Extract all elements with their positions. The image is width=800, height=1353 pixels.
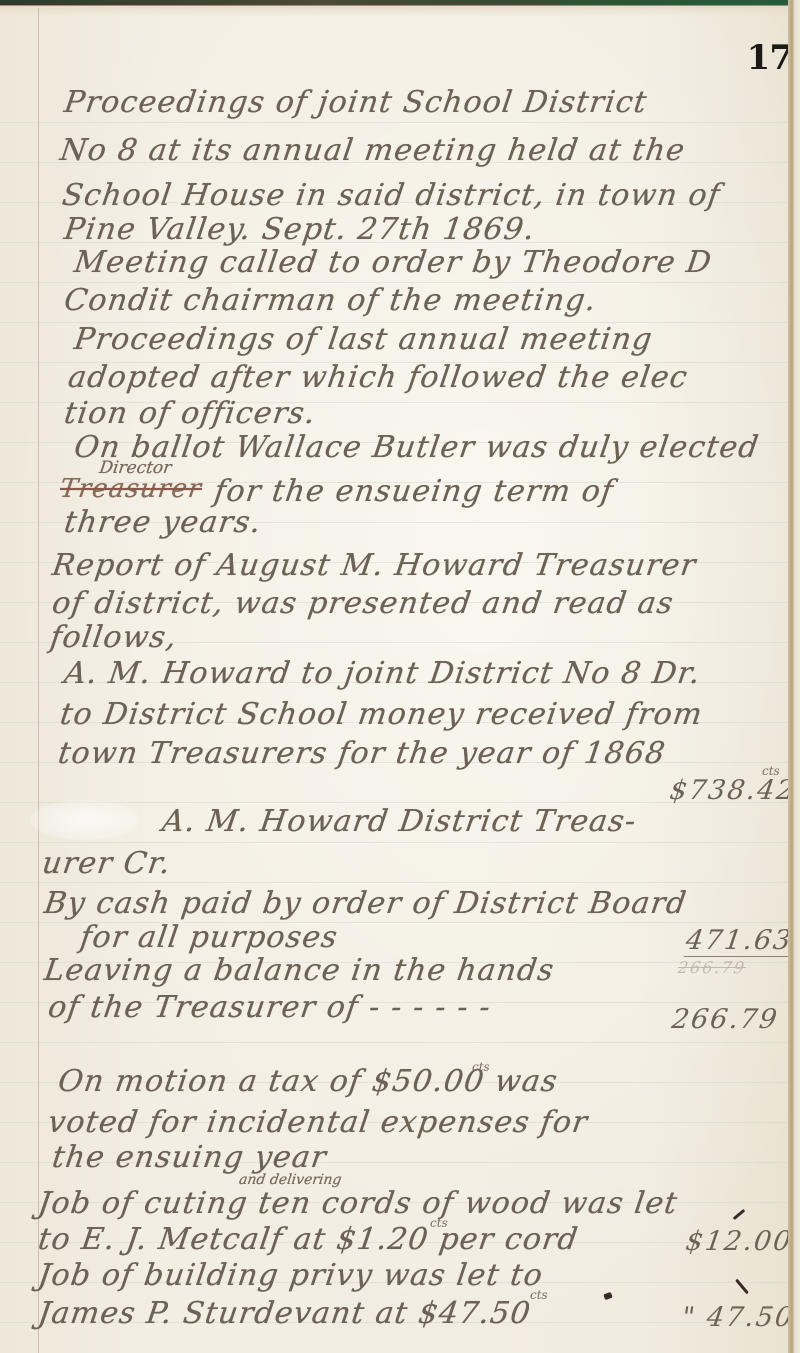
- text-line: Job of cuting ten cords of wood was let: [36, 1186, 680, 1221]
- text-line: A. M. Howard District Treas-: [160, 804, 639, 839]
- text-line: On ballot Wallace Butler was duly electe…: [72, 430, 761, 465]
- text-line: Report of August M. Howard Treasurer: [50, 548, 699, 583]
- text-line: tion of officers.: [62, 396, 318, 431]
- text-line: urer Cr.: [40, 846, 173, 881]
- text-line: for all purposes: [78, 920, 340, 955]
- page-top-shadow: [0, 6, 800, 16]
- text-line: Meeting called to order by Theodore D: [72, 245, 714, 280]
- amount-privy-total: " 47.50: [680, 1302, 797, 1333]
- page-binding-edge: [788, 0, 800, 1353]
- text-line: to E. J. Metcalf at $1.20 per cord: [36, 1222, 581, 1257]
- text-line: to District School money received from: [58, 697, 705, 732]
- text-line: Condit chairman of the meeting.: [62, 283, 599, 318]
- ink-mark: [603, 1292, 613, 1300]
- text-line: town Treasurers for the year of 1868: [56, 736, 668, 771]
- text-line: three years.: [62, 505, 264, 540]
- text-line: Pine Valley. Sept. 27th 1869.: [62, 212, 537, 247]
- text-line: of district, was presented and read as: [50, 586, 676, 621]
- text-line: Proceedings of joint School District: [62, 85, 650, 120]
- text-line: follows,: [48, 620, 180, 655]
- text-line: By cash paid by order of District Board: [42, 886, 689, 921]
- ruled-line: [0, 842, 793, 843]
- text-line: adopted after which followed the elec: [66, 360, 690, 395]
- text-line: Job of building privy was let to: [36, 1258, 546, 1293]
- margin-rule: [38, 8, 39, 1353]
- page-number: 17: [747, 38, 792, 78]
- amount-struck-balance: 266.79: [677, 958, 748, 977]
- text-line: A. M. Howard to joint District No 8 Dr.: [62, 656, 703, 691]
- ledger-page: 17 Proceedings of joint School District …: [0, 0, 800, 1353]
- text-line: Leaving a balance in the hands: [42, 953, 557, 988]
- ink-mark: [735, 1279, 749, 1295]
- text-line: School House in said district, in town o…: [60, 178, 723, 213]
- amount-paid-all-purposes: 471.63: [684, 925, 795, 957]
- text-line: Proceedings of last annual meeting: [72, 322, 655, 357]
- text-line: No 8 at its annual meeting held at the: [58, 133, 688, 168]
- text-line: James P. Sturdevant at $47.50: [36, 1296, 533, 1331]
- ink-mark: [733, 1209, 746, 1220]
- amount-received-1868: $738.42: [668, 775, 798, 806]
- ruled-line: [0, 882, 793, 883]
- paper-smudge: [30, 800, 140, 840]
- amount-balance: 266.79: [670, 1004, 781, 1035]
- text-line: the ensuing year: [50, 1140, 329, 1175]
- struck-word-treasurer: Treasurer: [58, 474, 204, 504]
- amount-wood-total: $12.00: [684, 1226, 795, 1257]
- cents-label: cts: [472, 1060, 490, 1074]
- text-line: of the Treasurer of - - - - - -: [46, 990, 493, 1025]
- ruled-line: [0, 122, 793, 123]
- text-line: voted for incidental expenses for: [46, 1105, 590, 1140]
- ruled-line: [0, 1042, 793, 1043]
- text-line: for the ensueing term of: [212, 474, 616, 509]
